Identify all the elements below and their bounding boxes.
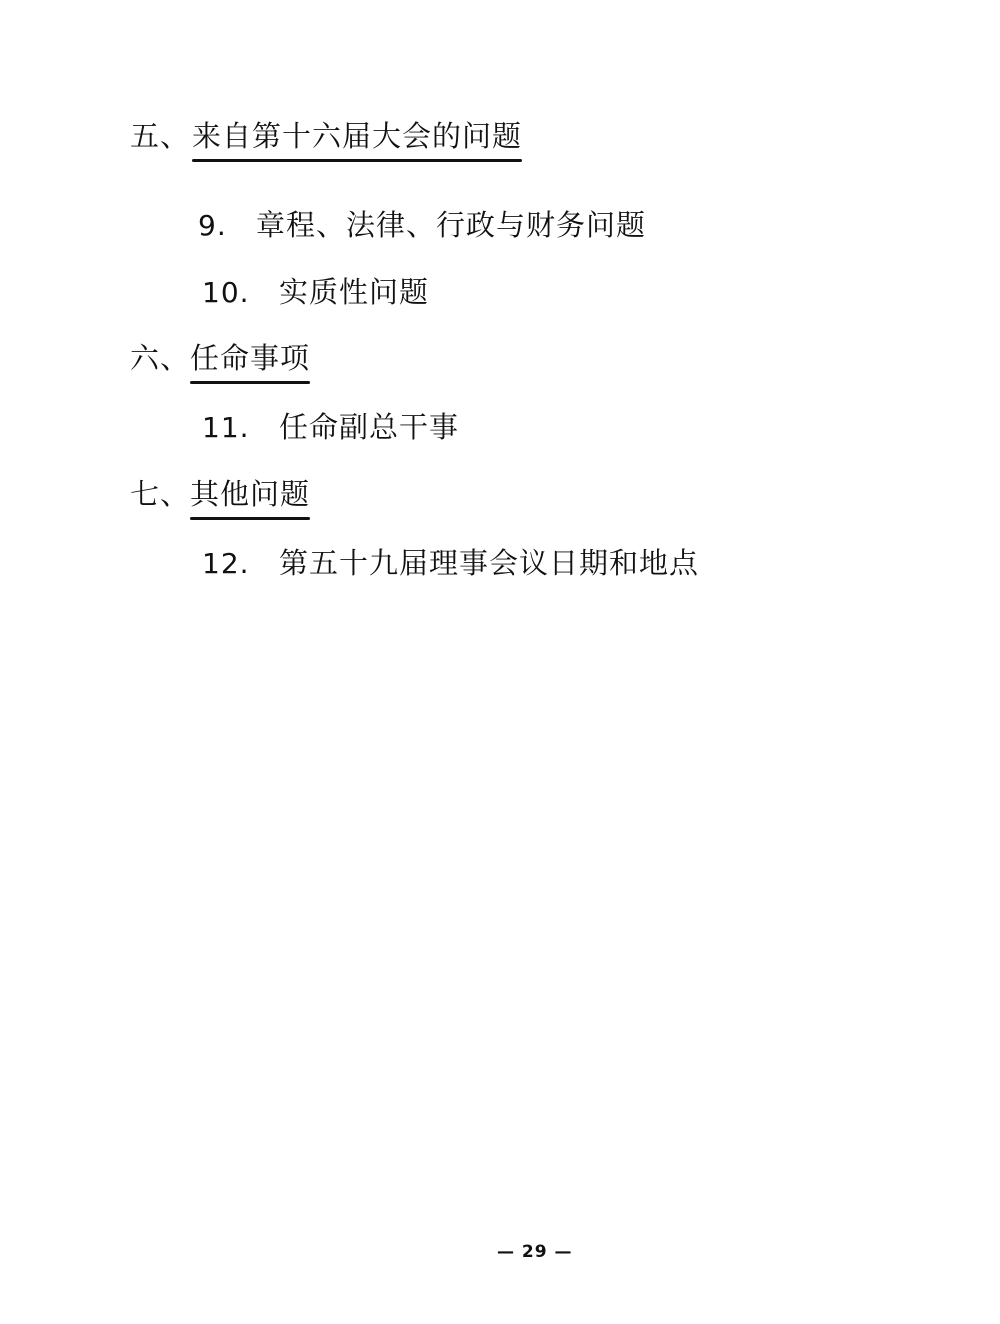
agenda-item-10: 10.实质性问题: [202, 274, 429, 311]
item-text: 实质性问题: [279, 274, 429, 310]
section-number: 七、: [130, 476, 190, 512]
section-title: 来自第十六届大会的问题: [192, 118, 522, 158]
item-number: 12.: [202, 546, 279, 582]
item-text: 章程、法律、行政与财务问题: [256, 207, 646, 243]
agenda-item-9: 9.章程、法律、行政与财务问题: [198, 207, 646, 244]
agenda-item-12: 12.第五十九届理事会议日期和地点: [202, 545, 699, 582]
section-heading-7: 七、其他问题: [130, 476, 310, 516]
page-number: — 29 —: [497, 1242, 573, 1262]
section-title: 其他问题: [190, 476, 310, 516]
item-text: 第五十九届理事会议日期和地点: [279, 545, 699, 581]
item-number: 9.: [198, 208, 256, 244]
item-number: 11.: [202, 410, 279, 446]
section-title: 任命事项: [190, 340, 310, 380]
item-number: 10.: [202, 275, 279, 311]
section-number: 五、: [130, 118, 190, 154]
section-heading-6: 六、任命事项: [130, 340, 310, 380]
agenda-item-11: 11.任命副总干事: [202, 409, 459, 446]
item-text: 任命副总干事: [279, 409, 459, 445]
section-number: 六、: [130, 340, 190, 376]
section-heading-5: 五、来自第十六届大会的问题: [130, 118, 522, 158]
